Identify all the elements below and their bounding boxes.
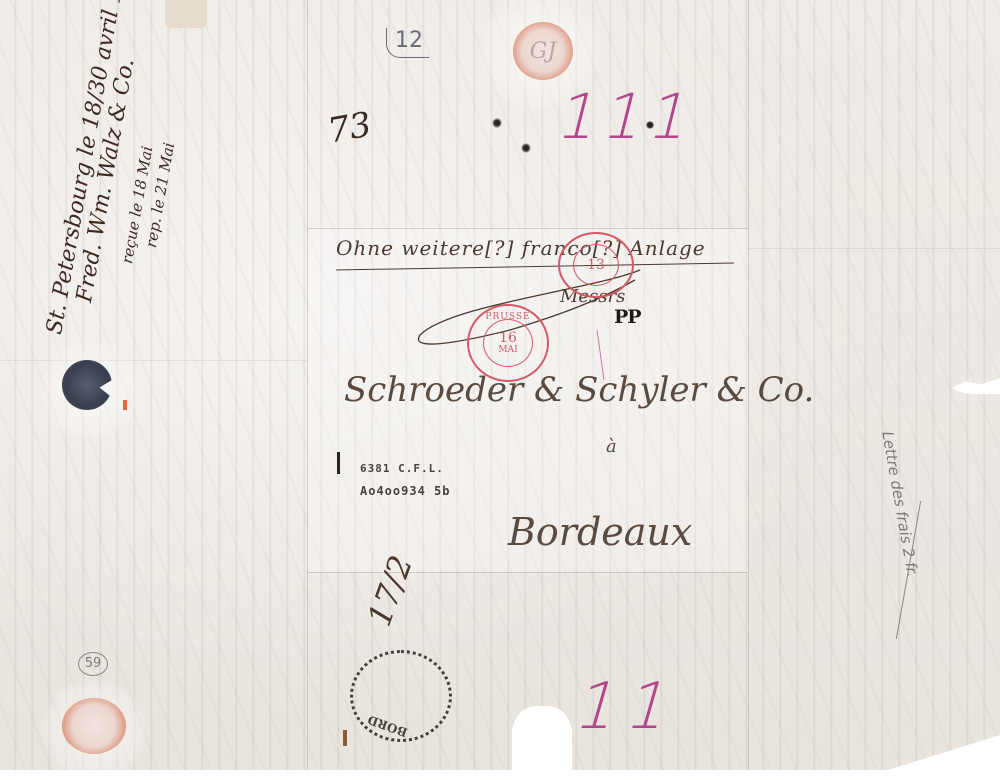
ink-speck — [520, 142, 532, 154]
black-postmark-bordeaux: BORD — [350, 650, 452, 742]
circled-folio-number: 59 — [78, 652, 108, 676]
wax-seal-bottom — [62, 698, 126, 754]
addressee-name: Schroeder & Schyler & Co. — [344, 370, 814, 410]
red-postmark-upper: 13 — [558, 232, 634, 298]
magenta-crayon-bottom: 11 — [567, 670, 690, 744]
brown-ink-spot — [343, 730, 347, 746]
postmark-prusse-label: PRUSSE — [485, 312, 530, 322]
red-ink-spot — [123, 400, 127, 410]
pp-handstamp: PP — [614, 306, 641, 328]
ink-speck — [645, 120, 655, 130]
rate-note-73: 73 — [325, 105, 375, 152]
letter-sheet: St. Petersbourg le 18/30 avril 185 Fred.… — [0, 0, 1000, 770]
tape-remnant — [165, 0, 207, 28]
paper-tear-bottom — [512, 706, 572, 770]
address-city: Bordeaux — [508, 510, 692, 554]
fold-line-bottom — [307, 572, 748, 573]
wax-seal-top: GJ — [513, 22, 573, 80]
fold-line-left-panel — [0, 360, 307, 361]
transit-stamp-line-2: Ao4oo934 5b — [360, 484, 450, 498]
stamp-bracket — [337, 452, 340, 474]
address-preposition: à — [606, 436, 617, 457]
transit-stamp-line-1: 6381 C.F.L. — [360, 462, 444, 475]
ink-speck — [490, 118, 504, 128]
routing-instruction: Ohne weitere[?] franco[?] Anlage — [336, 236, 706, 260]
rate-note-12: 12 — [386, 28, 429, 58]
postmark-inner-ring — [483, 319, 533, 367]
fold-line-right-panel — [748, 248, 1000, 249]
postmark-inner-ring — [573, 244, 619, 286]
seal-monogram: GJ — [530, 39, 556, 64]
magenta-crayon-top: 111 — [551, 80, 706, 153]
